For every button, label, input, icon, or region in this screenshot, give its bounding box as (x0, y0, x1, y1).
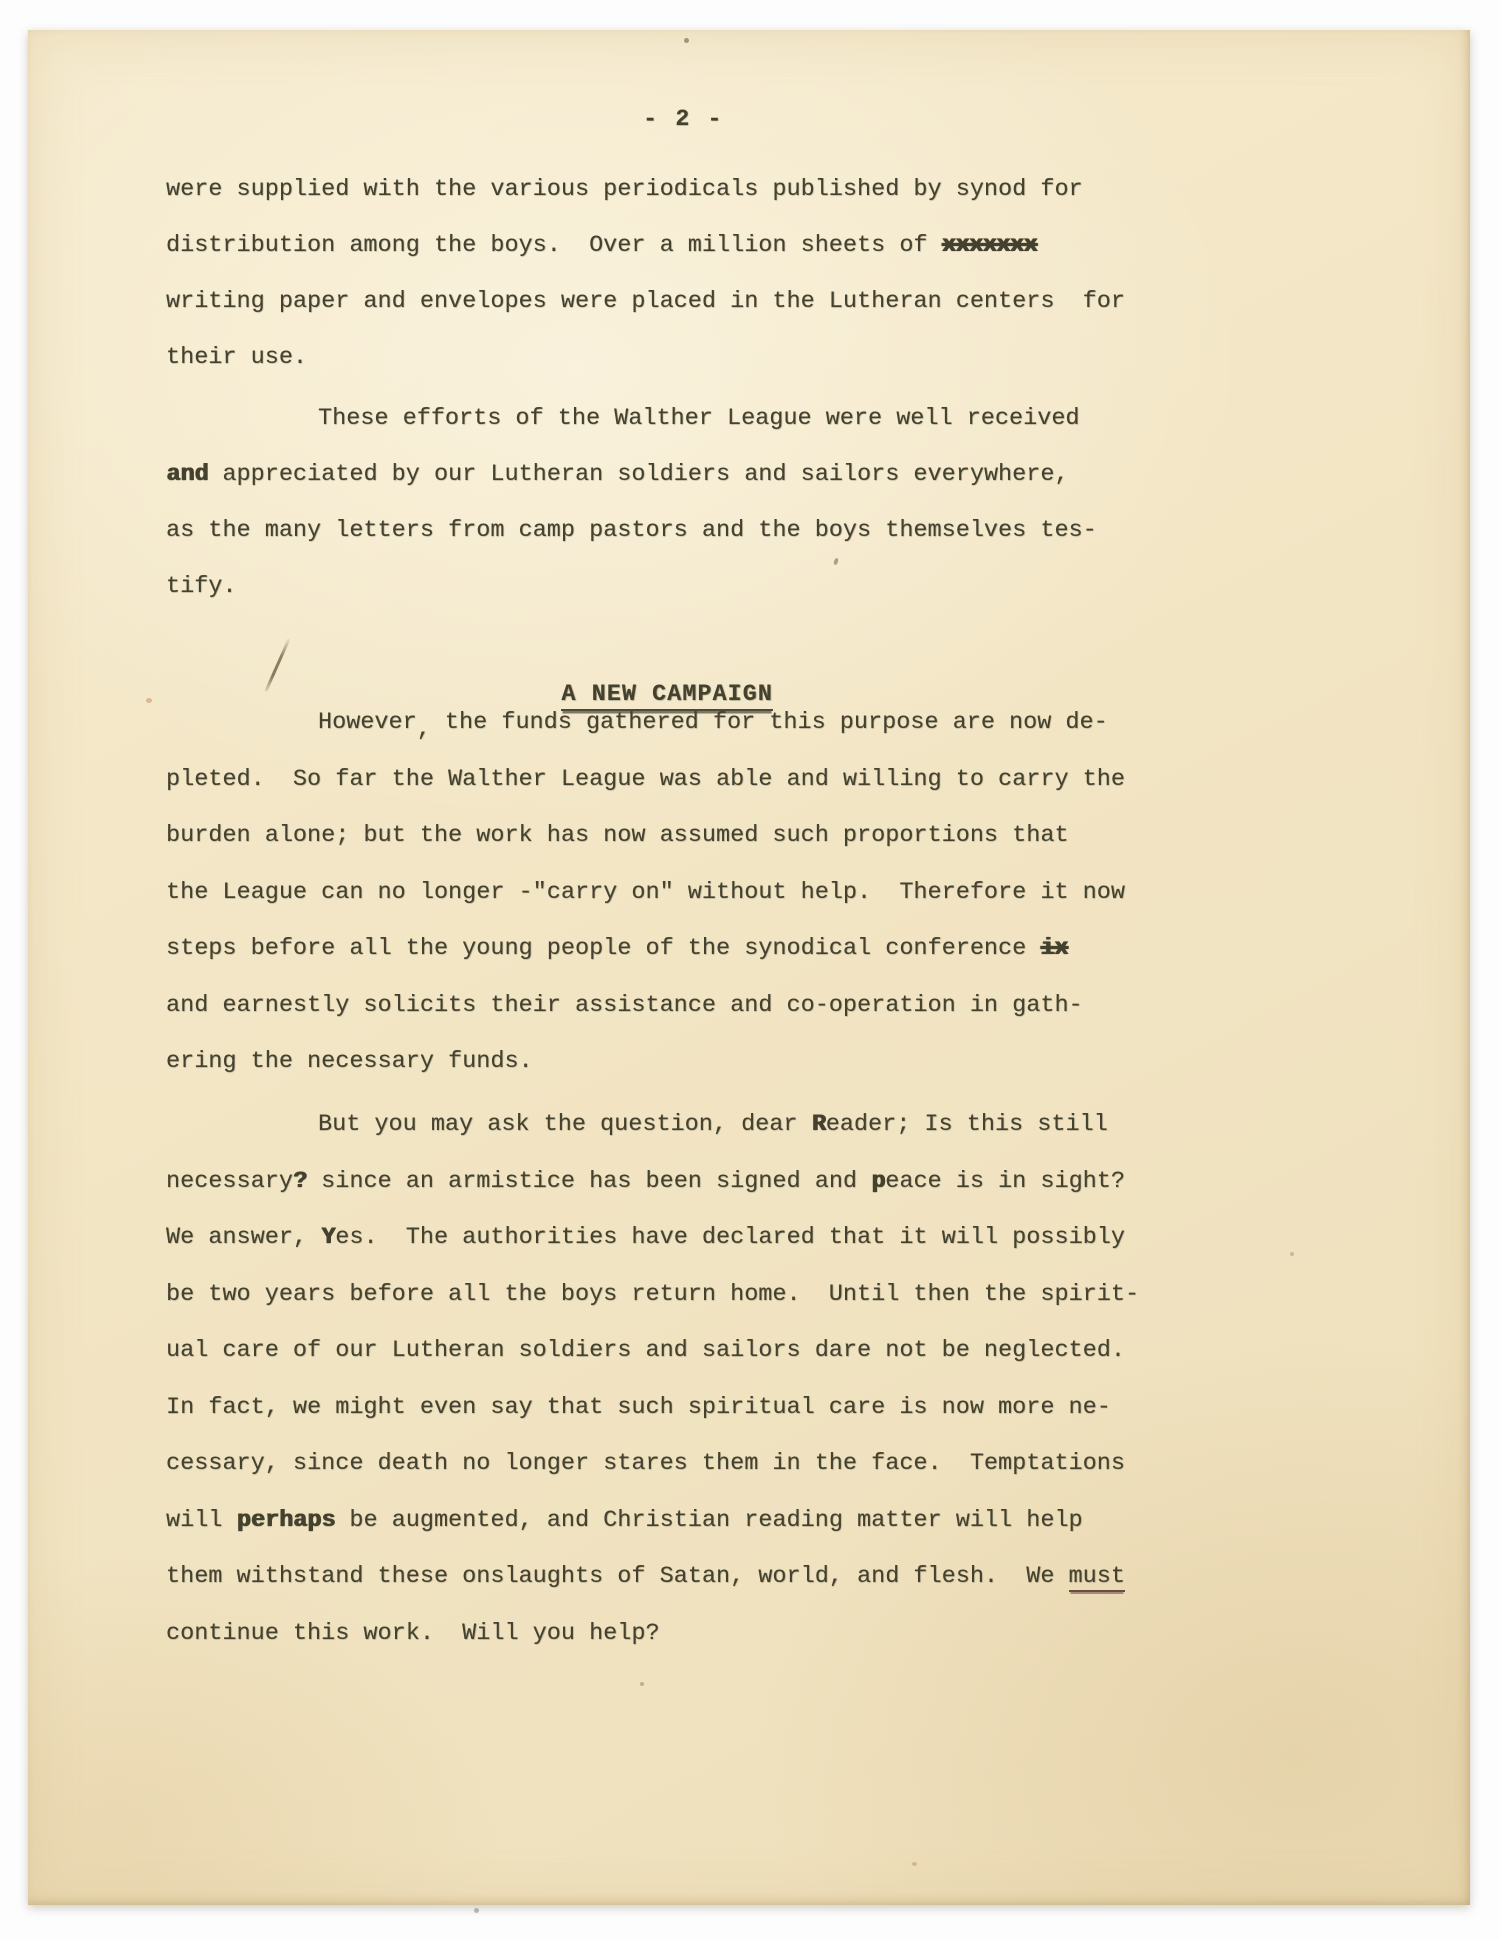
document-page: - 2 - A NEW CAMPAIGN were supplied with … (28, 30, 1470, 1905)
text-line: ering the necessary funds. (166, 1034, 1226, 1091)
text-segment: them withstand these onslaughts of Satan… (166, 1563, 1069, 1590)
text-line: These efforts of the Walther League were… (318, 391, 1226, 447)
text-segment: steps before all the young people of the… (166, 935, 1040, 962)
text-line: burden alone; but the work has now assum… (166, 808, 1226, 865)
text-line: will perhaps be augmented, and Christian… (166, 1493, 1226, 1550)
text-line: were supplied with the various periodica… (166, 162, 1226, 218)
text-segment: and earnestly solicits their assistance … (166, 992, 1083, 1019)
paper-speck (1290, 1252, 1294, 1256)
text-segment: the League can no longer -"carry on" wit… (166, 879, 1125, 906)
text-line: In fact, we might even say that such spi… (166, 1380, 1226, 1437)
text-segment: will (166, 1507, 237, 1534)
text-segment: since an armistice has been signed and (307, 1168, 871, 1195)
text-segment: were supplied with the various periodica… (166, 176, 1083, 203)
text-segment: as the many letters from camp pastors an… (166, 517, 1097, 544)
text-segment-overstruck: R (812, 1111, 826, 1138)
text-segment: the funds gathered for this purpose are … (431, 709, 1108, 736)
scanned-document: { "document": { "page_number": "- 2 -", … (0, 0, 1500, 1940)
text-segment-underline: must (1069, 1563, 1125, 1592)
text-segment-overstruck: p (871, 1168, 885, 1195)
text-line: continue this work. Will you help? (166, 1606, 1226, 1663)
paper-speck (474, 1908, 479, 1913)
text-line: But you may ask the question, dear Reade… (318, 1097, 1226, 1154)
text-segment: tify. (166, 573, 237, 600)
text-line: the League can no longer -"carry on" wit… (166, 865, 1226, 922)
text-segment: be augmented, and Christian reading matt… (335, 1507, 1082, 1534)
text-line: and earnestly solicits their assistance … (166, 978, 1226, 1035)
text-segment: In fact, we might even say that such spi… (166, 1394, 1111, 1421)
text-line: cessary, since death no longer stares th… (166, 1436, 1226, 1493)
paragraph: However, the funds gathered for this pur… (166, 695, 1226, 1091)
text-segment: ering the necessary funds. (166, 1048, 533, 1075)
text-line: ual care of our Lutheran soldiers and sa… (166, 1323, 1226, 1380)
text-segment: necessary (166, 1168, 293, 1195)
text-line: distribution among the boys. Over a mill… (166, 218, 1226, 274)
text-segment: writing paper and envelopes were placed … (166, 288, 1125, 315)
text-line: steps before all the young people of the… (166, 921, 1226, 978)
text-segment: appreciated by our Lutheran soldiers and… (208, 461, 1068, 488)
text-segment-strike: ix (1040, 935, 1067, 962)
text-segment: be two years before all the boys return … (166, 1281, 1139, 1308)
text-line: tify. (166, 559, 1226, 615)
paper-speck (912, 1862, 917, 1866)
text-segment: burden alone; but the work has now assum… (166, 822, 1069, 849)
text-segment-low: , (417, 716, 431, 743)
text-segment: es. The authorities have declared that i… (335, 1224, 1125, 1251)
text-segment: pleted. So far the Walther League was ab… (166, 766, 1125, 793)
text-line: be two years before all the boys return … (166, 1267, 1226, 1324)
text-line: However, the funds gathered for this pur… (318, 695, 1226, 752)
text-segment: However (318, 709, 417, 736)
text-segment: cessary, since death no longer stares th… (166, 1450, 1125, 1477)
text-line: them withstand these onslaughts of Satan… (166, 1549, 1226, 1606)
text-line: their use. (166, 330, 1226, 386)
text-segment: But you may ask the question, dear (318, 1111, 812, 1138)
text-segment: These efforts of the Walther League were… (318, 405, 1080, 432)
text-segment-strike: xxxxxxx (942, 232, 1037, 259)
text-line: and appreciated by our Lutheran soldiers… (166, 447, 1226, 503)
text-segment: eader; Is this still (826, 1111, 1108, 1138)
text-segment: their use. (166, 344, 307, 371)
text-segment-overstruck: ? (293, 1168, 307, 1195)
text-line: writing paper and envelopes were placed … (166, 274, 1226, 330)
text-segment: distribution among the boys. Over a mill… (166, 232, 942, 259)
paragraph: were supplied with the various periodica… (166, 162, 1226, 386)
text-segment-overstruck: Y (321, 1224, 335, 1251)
text-line: as the many letters from camp pastors an… (166, 503, 1226, 559)
paper-speck (640, 1682, 644, 1686)
text-segment-overstruck: perhaps (237, 1507, 336, 1534)
text-segment: eace is in sight? (885, 1168, 1125, 1195)
text-segment-overstruck: and (166, 461, 208, 488)
paper-speck (684, 38, 689, 43)
paper-speck (146, 698, 152, 703)
text-segment: We answer, (166, 1224, 321, 1251)
paragraph: But you may ask the question, dear Reade… (166, 1097, 1226, 1662)
paragraphs: were supplied with the various periodica… (28, 30, 1470, 1905)
text-line: necessary? since an armistice has been s… (166, 1154, 1226, 1211)
text-line: pleted. So far the Walther League was ab… (166, 752, 1226, 809)
text-line: We answer, Yes. The authorities have dec… (166, 1210, 1226, 1267)
text-segment: continue this work. Will you help? (166, 1620, 660, 1647)
paragraph: These efforts of the Walther League were… (166, 391, 1226, 615)
text-segment: ual care of our Lutheran soldiers and sa… (166, 1337, 1125, 1364)
